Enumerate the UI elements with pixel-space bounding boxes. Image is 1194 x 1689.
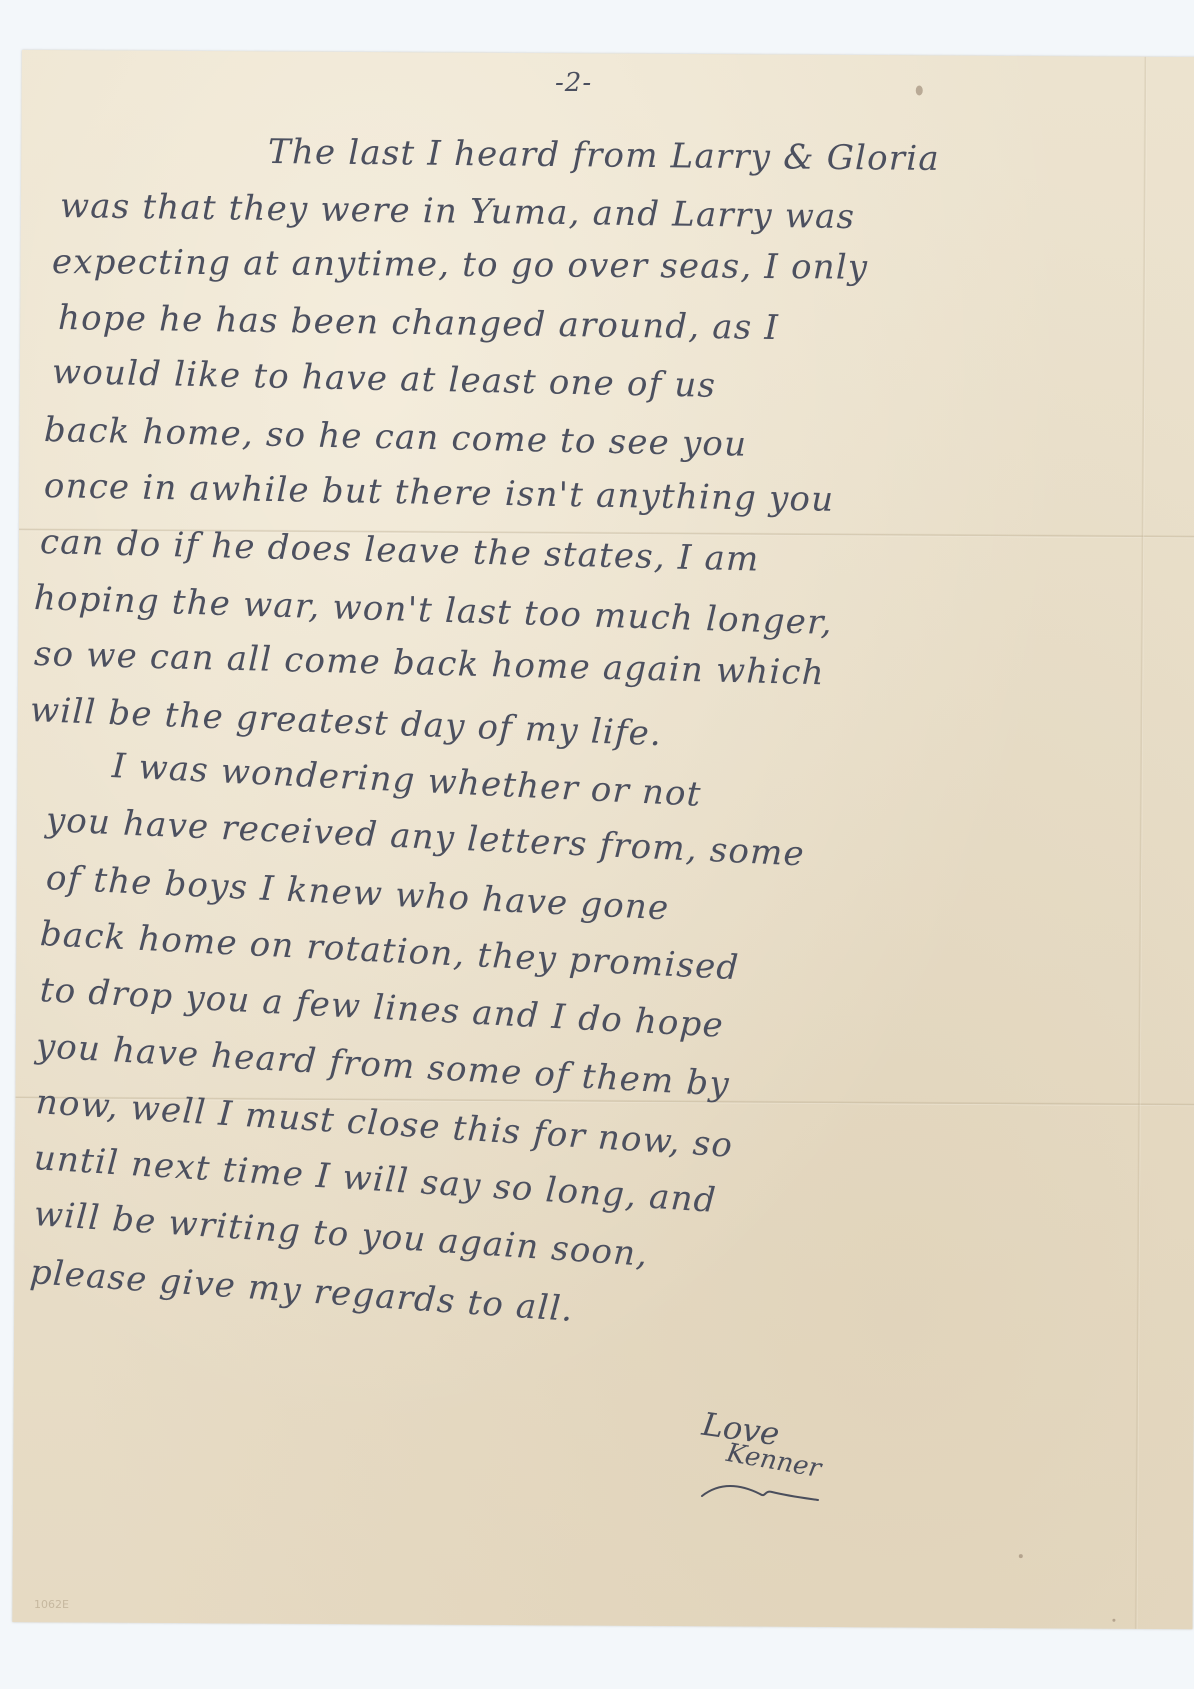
letter-line: The last I heard from Larry & Gloria bbox=[268, 132, 940, 179]
archive-mark: 1062E bbox=[34, 1598, 69, 1611]
fold-crease-vertical bbox=[1134, 57, 1147, 1629]
signature-flourish-icon bbox=[700, 1480, 820, 1502]
paper-speck bbox=[1019, 1554, 1023, 1558]
paper-speck bbox=[916, 85, 923, 95]
paper-speck bbox=[1112, 1619, 1115, 1622]
page-number: -2- bbox=[555, 68, 592, 98]
letter-line: expecting at anytime, to go over seas, I… bbox=[52, 242, 869, 288]
